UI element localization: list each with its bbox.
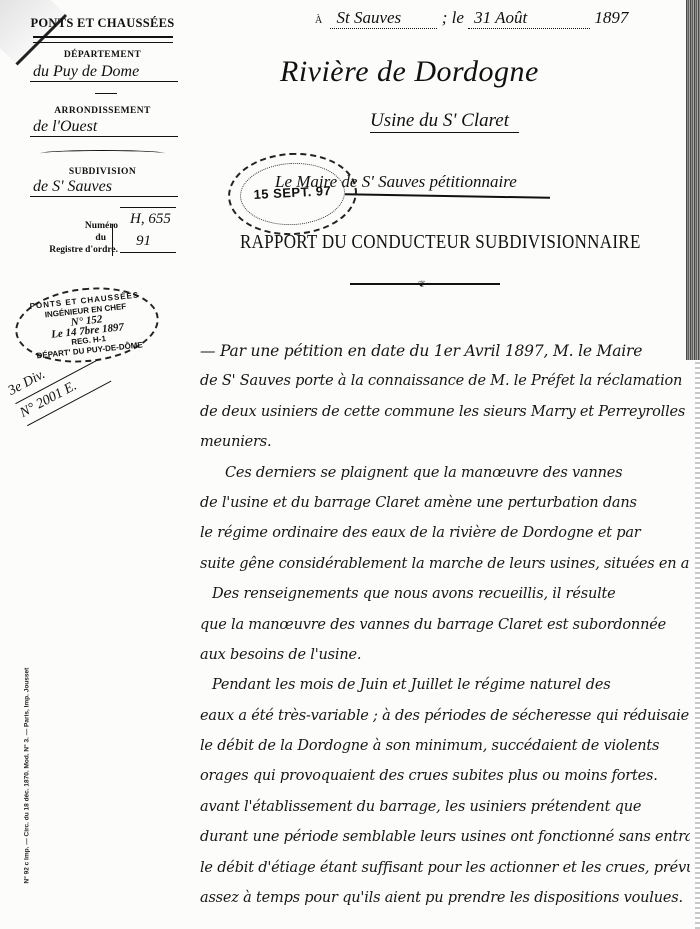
brace-separator	[40, 150, 165, 157]
body-line: suite gêne considérablement la marche de…	[200, 549, 690, 579]
registre-label-line: Registre d'ordre.	[36, 244, 118, 256]
body-line: le régime ordinaire des eaux de la riviè…	[200, 518, 690, 548]
departement-label: DÉPARTEMENT	[30, 50, 175, 60]
body-line: Ces derniers se plaignent que la manœuvr…	[200, 458, 690, 488]
printer-imprint: N° 92 c Imp. — Circ. du 18 déc. 1870. Mo…	[24, 674, 31, 884]
body-line: avant l'établissement du barrage, les us…	[200, 792, 690, 822]
organization-heading: PONTS ET CHAUSSÉES	[30, 16, 175, 31]
place-prefix: À	[315, 15, 322, 26]
subdivision-label: SUBDIVISION	[30, 167, 175, 177]
river-title: Rivière de Dordogne	[280, 55, 539, 89]
date-value: 31 Août	[468, 8, 590, 29]
scanned-document-page: PONTS ET CHAUSSÉES DÉPARTEMENT du Puy de…	[0, 0, 700, 929]
departement-value: du Puy de Dome	[30, 63, 178, 82]
body-line: le débit d'étiage étant suffisant pour l…	[200, 853, 690, 883]
body-line: de S' Sauves porte à la connaissance de …	[200, 366, 690, 396]
registre-bracket	[112, 224, 118, 256]
date-prefix: ; le	[442, 8, 464, 27]
body-line: de l'usine et du barrage Claret amène un…	[200, 488, 690, 518]
body-line: orages qui provoquaient des crues subite…	[200, 761, 690, 791]
registre-values: H, 655 91	[120, 207, 176, 253]
body-line: Pendant les mois de Juin et Juillet le r…	[200, 670, 690, 700]
body-line: Des renseignements que nous avons recuei…	[200, 579, 690, 609]
body-line: eaux a été très-variable ; à des période…	[200, 701, 690, 731]
body-line: que la manœuvre des vannes du barrage Cl…	[200, 610, 690, 640]
arrondissement-value: de l'Ouest	[30, 118, 178, 137]
subdivision-value: de S' Sauves	[30, 178, 178, 197]
body-line: le débit de la Dordogne à son minimum, s…	[200, 731, 690, 761]
body-line: meuniers.	[200, 427, 690, 457]
body-line: de deux usiniers de cette commune les si…	[200, 397, 690, 427]
heading-double-rule	[33, 36, 173, 43]
received-date-stamp: 15 SEPT. 97	[226, 150, 359, 239]
place-value: St Sauves	[330, 8, 437, 29]
registre-order: 91	[120, 230, 176, 253]
year-value: 1897	[594, 8, 628, 27]
body-line: — Par une pétition en date du 1er Avril …	[200, 336, 690, 366]
registre-number: H, 655	[120, 207, 176, 230]
separator-rule	[95, 93, 117, 94]
body-line: aux besoins de l'usine.	[200, 640, 690, 670]
body-line: durant une période semblable leurs usine…	[200, 822, 690, 852]
report-body: — Par une pétition en date du 1er Avril …	[200, 336, 690, 913]
scan-edge-shadow	[686, 0, 700, 360]
registre-label-line: du	[36, 232, 118, 244]
registre-label: Numéro du Registre d'ordre.	[36, 220, 118, 256]
registre-label-line: Numéro	[36, 220, 118, 232]
petitioner-underline	[345, 193, 550, 199]
scan-edge-noise	[695, 360, 700, 929]
report-title: RAPPORT DU CONDUCTEUR SUBDIVISIONNAIRE	[240, 231, 641, 254]
place-date-line: À St Sauves ; le 31 Août 1897	[315, 8, 628, 29]
body-line: assez à temps pour qu'ils aient pu prend…	[200, 883, 690, 913]
arrondissement-label: ARRONDISSEMENT	[30, 106, 175, 116]
ornament-flourish: ❦	[418, 279, 426, 290]
usine-title: Usine du S' Claret	[370, 110, 519, 133]
